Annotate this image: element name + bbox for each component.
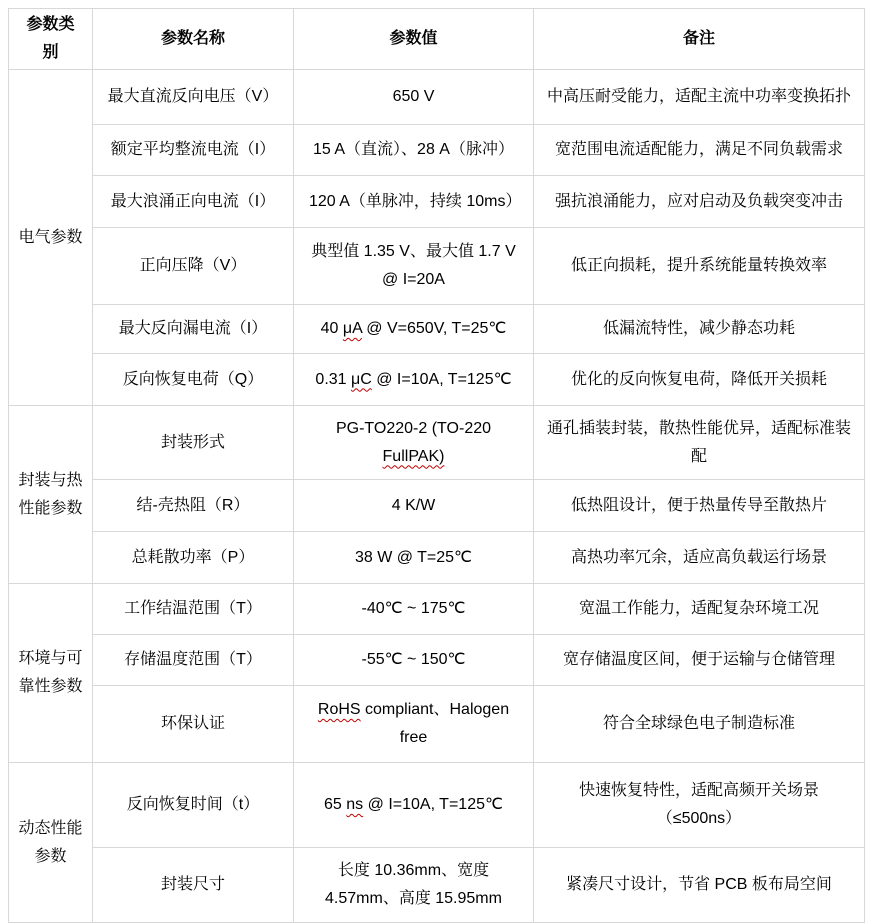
value-text-segment: 65 — [324, 796, 346, 813]
value-text-segment: PG-TO220-2 (TO-220 — [336, 420, 491, 437]
header-param-value: 参数值 — [294, 9, 534, 70]
remark-cell: 宽范围电流适配能力，满足不同负载需求 — [534, 125, 865, 176]
table-row: 额定平均整流电流（I） 15 A（直流）、28 A（脉冲） 宽范围电流适配能力，… — [9, 125, 865, 176]
remark-cell: 宽存储温度区间，便于运输与仓储管理 — [534, 635, 865, 686]
param-value-cell: 120 A（单脉冲，持续 10ms） — [294, 176, 534, 228]
param-value-cell: 650 V — [294, 70, 534, 125]
misspelled-word: RoHS — [318, 701, 361, 718]
remark-cell: 低热阻设计，便于热量传导至散热片 — [534, 480, 865, 532]
param-name-cell: 最大浪涌正向电流（I） — [93, 176, 294, 228]
param-name-cell: 反向恢复时间（t） — [93, 763, 294, 848]
param-value-cell: 0.31 μC @ I=10A, T=125℃ — [294, 354, 534, 406]
remark-cell: 符合全球绿色电子制造标准 — [534, 686, 865, 763]
param-name-cell: 反向恢复电荷（Q） — [93, 354, 294, 406]
misspelled-word: FullPAK) — [383, 448, 445, 465]
param-name-cell: 环保认证 — [93, 686, 294, 763]
param-value-cell: 4 K/W — [294, 480, 534, 532]
spec-table: 参数类别 参数名称 参数值 备注 电气参数 最大直流反向电压（V） 650 V … — [8, 8, 865, 923]
header-param-name: 参数名称 — [93, 9, 294, 70]
category-cell-electrical: 电气参数 — [9, 70, 93, 406]
param-value-cell: PG-TO220-2 (TO-220 FullPAK) — [294, 406, 534, 480]
table-row: 环境与可靠性参数 工作结温范围（T） -40℃ ~ 175℃ 宽温工作能力，适配… — [9, 584, 865, 635]
remark-cell: 强抗浪涌能力，应对启动及负载突变冲击 — [534, 176, 865, 228]
table-row: 反向恢复电荷（Q） 0.31 μC @ I=10A, T=125℃ 优化的反向恢… — [9, 354, 865, 406]
table-row: 封装尺寸 长度 10.36mm、宽度 4.57mm、高度 15.95mm 紧凑尺… — [9, 848, 865, 923]
value-text-segment: 0.31 — [315, 371, 351, 388]
table-row: 结-壳热阻（R） 4 K/W 低热阻设计，便于热量传导至散热片 — [9, 480, 865, 532]
misspelled-word: μC — [351, 371, 372, 388]
param-value-cell: RoHS compliant、Halogen free — [294, 686, 534, 763]
value-text-segment: compliant、Halogen free — [361, 701, 510, 746]
table-row: 最大浪涌正向电流（I） 120 A（单脉冲，持续 10ms） 强抗浪涌能力，应对… — [9, 176, 865, 228]
value-text-segment: @ I=10A, T=125℃ — [372, 371, 512, 388]
param-value-cell: 65 ns @ I=10A, T=125℃ — [294, 763, 534, 848]
category-cell-package-thermal: 封装与热性能参数 — [9, 406, 93, 584]
param-value-cell: -40℃ ~ 175℃ — [294, 584, 534, 635]
remark-cell: 宽温工作能力，适配复杂环境工况 — [534, 584, 865, 635]
param-name-cell: 最大直流反向电压（V） — [93, 70, 294, 125]
value-text-segment: 40 — [321, 320, 343, 337]
param-name-cell: 工作结温范围（T） — [93, 584, 294, 635]
value-text-segment: @ V=650V, T=25℃ — [362, 320, 507, 337]
table-row: 封装与热性能参数 封装形式 PG-TO220-2 (TO-220 FullPAK… — [9, 406, 865, 480]
remark-cell: 优化的反向恢复电荷，降低开关损耗 — [534, 354, 865, 406]
remark-cell: 通孔插装封装，散热性能优异，适配标准装配 — [534, 406, 865, 480]
value-text-segment: @ I=10A, T=125℃ — [363, 796, 503, 813]
param-name-cell: 正向压降（V） — [93, 228, 294, 305]
table-row: 环保认证 RoHS compliant、Halogen free 符合全球绿色电… — [9, 686, 865, 763]
remark-cell: 低漏流特性，减少静态功耗 — [534, 305, 865, 354]
remark-cell: 快速恢复特性，适配高频开关场景（≤500ns） — [534, 763, 865, 848]
table-row: 正向压降（V） 典型值 1.35 V、最大值 1.7 V @ I=20A 低正向… — [9, 228, 865, 305]
misspelled-word: μA — [343, 320, 362, 337]
param-name-cell: 存储温度范围（T） — [93, 635, 294, 686]
param-value-cell: 长度 10.36mm、宽度 4.57mm、高度 15.95mm — [294, 848, 534, 923]
param-name-cell: 额定平均整流电流（I） — [93, 125, 294, 176]
header-param-category: 参数类别 — [9, 9, 93, 70]
param-value-cell: 15 A（直流）、28 A（脉冲） — [294, 125, 534, 176]
category-cell-dynamic-performance: 动态性能参数 — [9, 763, 93, 923]
remark-cell: 低正向损耗，提升系统能量转换效率 — [534, 228, 865, 305]
remark-cell: 紧凑尺寸设计，节省 PCB 板布局空间 — [534, 848, 865, 923]
category-cell-environment-reliability: 环境与可靠性参数 — [9, 584, 93, 763]
table-row: 存储温度范围（T） -55℃ ~ 150℃ 宽存储温度区间，便于运输与仓储管理 — [9, 635, 865, 686]
param-name-cell: 封装尺寸 — [93, 848, 294, 923]
param-name-cell: 结-壳热阻（R） — [93, 480, 294, 532]
remark-cell: 中高压耐受能力，适配主流中功率变换拓扑 — [534, 70, 865, 125]
table-row: 最大反向漏电流（I） 40 μA @ V=650V, T=25℃ 低漏流特性，减… — [9, 305, 865, 354]
param-value-cell: 典型值 1.35 V、最大值 1.7 V @ I=20A — [294, 228, 534, 305]
param-value-cell: -55℃ ~ 150℃ — [294, 635, 534, 686]
table-row: 总耗散功率（P） 38 W @ T=25℃ 高热功率冗余，适应高负载运行场景 — [9, 532, 865, 584]
table-row: 电气参数 最大直流反向电压（V） 650 V 中高压耐受能力，适配主流中功率变换… — [9, 70, 865, 125]
param-value-cell: 40 μA @ V=650V, T=25℃ — [294, 305, 534, 354]
remark-cell: 高热功率冗余，适应高负载运行场景 — [534, 532, 865, 584]
param-name-cell: 总耗散功率（P） — [93, 532, 294, 584]
param-value-cell: 38 W @ T=25℃ — [294, 532, 534, 584]
header-remark: 备注 — [534, 9, 865, 70]
header-row: 参数类别 参数名称 参数值 备注 — [9, 9, 865, 70]
param-name-cell: 最大反向漏电流（I） — [93, 305, 294, 354]
param-name-cell: 封装形式 — [93, 406, 294, 480]
misspelled-word: ns — [346, 796, 363, 813]
table-row: 动态性能参数 反向恢复时间（t） 65 ns @ I=10A, T=125℃ 快… — [9, 763, 865, 848]
